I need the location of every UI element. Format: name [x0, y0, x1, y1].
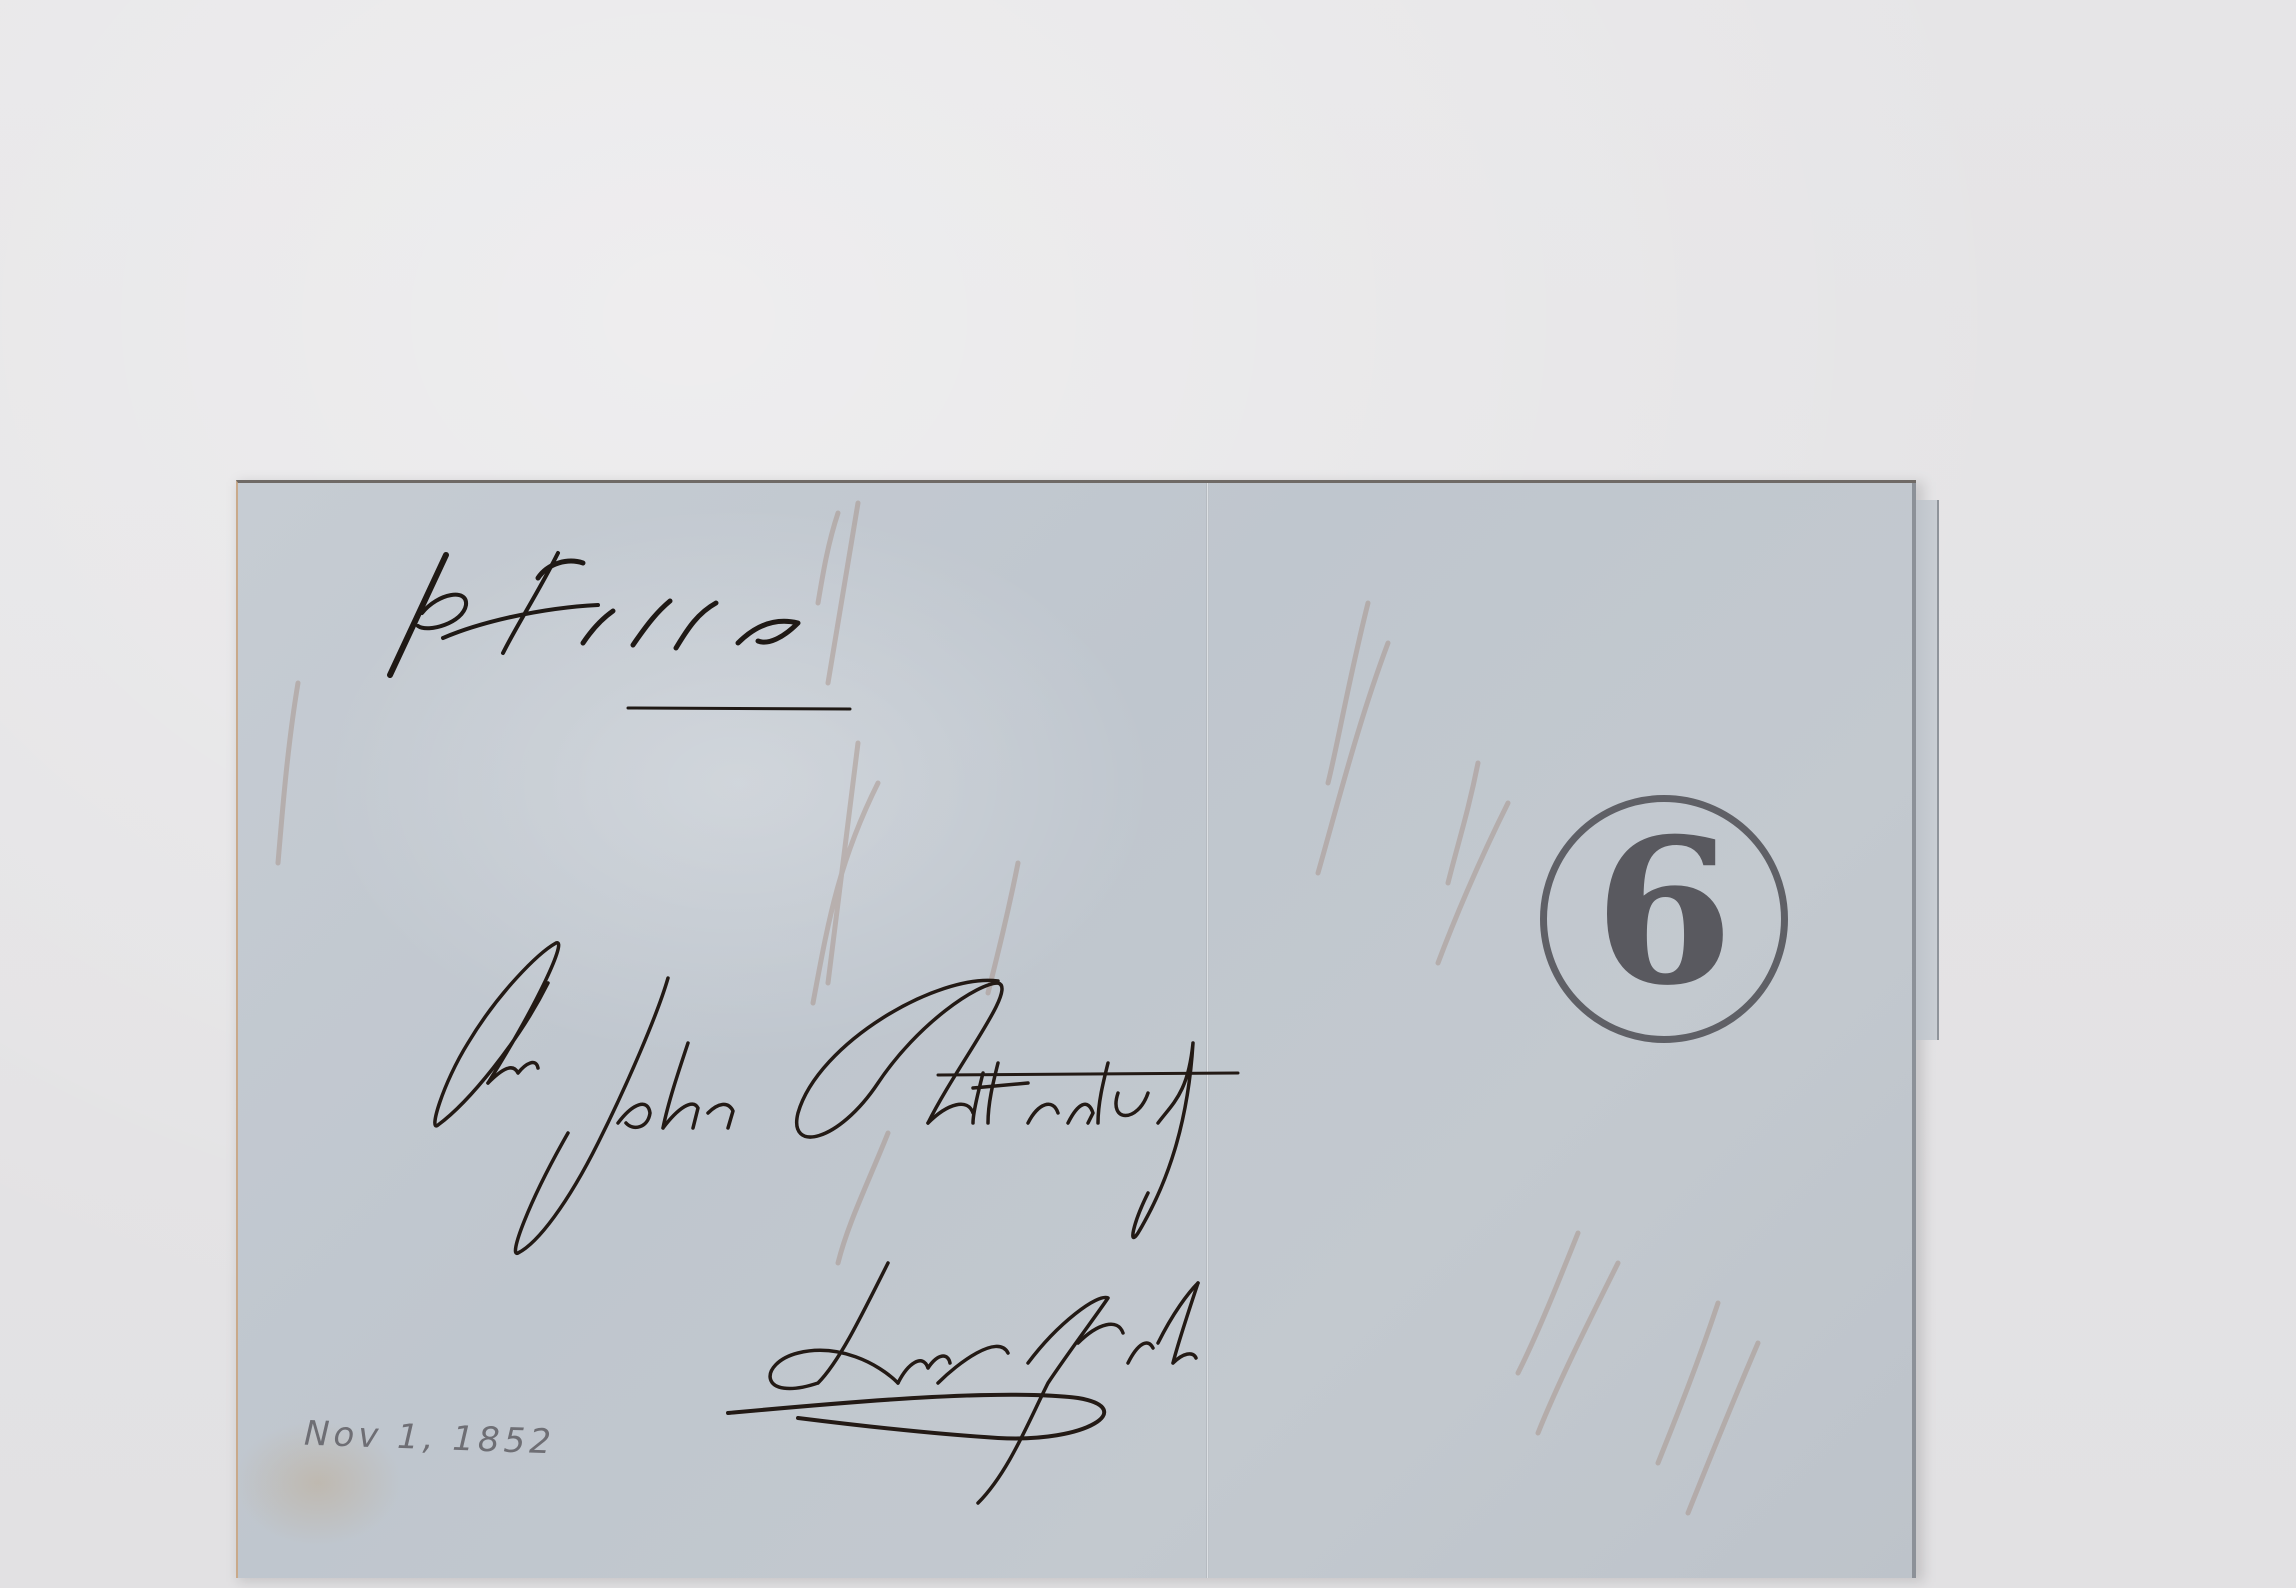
address-script	[238, 483, 1916, 1578]
folded-letter-cover: p Fidelia 6 Mr John Bottom	[236, 480, 1916, 1578]
